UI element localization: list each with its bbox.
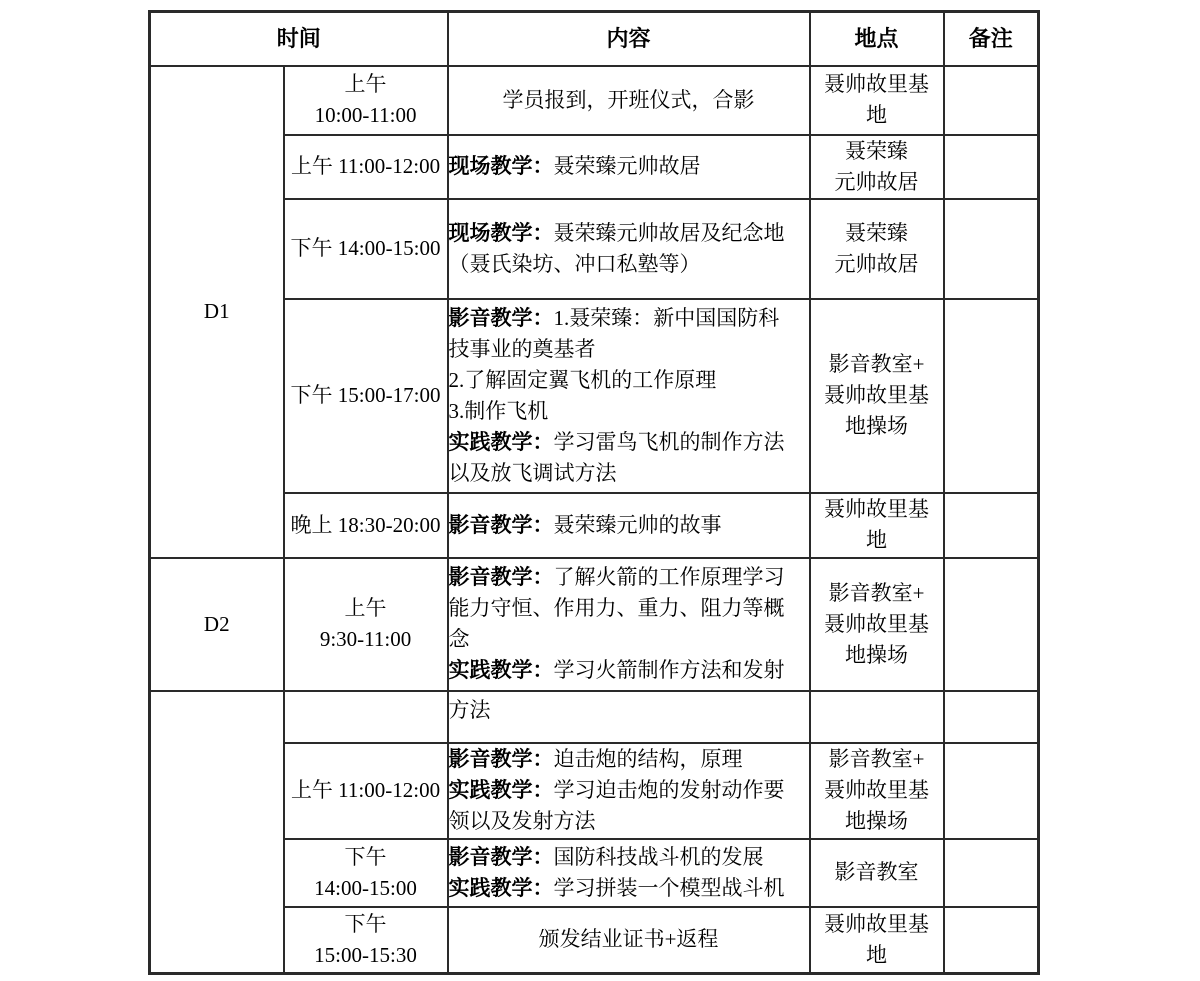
content-cell: 学员报到，开班仪式，合影 bbox=[448, 66, 810, 135]
header-time: 时间 bbox=[150, 12, 448, 66]
table-row: 上午 11:00-12:00 现场教学：聂荣臻元帅故居 聂荣臻 元帅故居 bbox=[150, 135, 1039, 199]
note-cell bbox=[944, 558, 1039, 691]
location-cell: 影音教室+ 聂帅故里基 地操场 bbox=[810, 558, 944, 691]
time-cell: 上午 11:00-12:00 bbox=[284, 135, 448, 199]
teaching-type-label: 影音教学： bbox=[449, 306, 554, 330]
location-cell: 影音教室+ 聂帅故里基 地操场 bbox=[810, 743, 944, 839]
content-cell: 方法 bbox=[448, 691, 810, 743]
time-cell bbox=[284, 691, 448, 743]
teaching-type-label: 影音教学： bbox=[449, 565, 554, 589]
content-text: 学习拼装一个模型战斗机 bbox=[554, 876, 785, 900]
time-cell: 下午 14:00-15:00 bbox=[284, 199, 448, 299]
location-cell: 聂帅故里基 地 bbox=[810, 66, 944, 135]
note-cell bbox=[944, 691, 1039, 743]
time-cell: 上午 9:30-11:00 bbox=[284, 558, 448, 691]
content-text: 国防科技战斗机的发展 bbox=[554, 845, 764, 869]
content-text: 迫击炮的结构，原理 bbox=[554, 747, 743, 771]
content-cell: 影音教学：聂荣臻元帅的故事 bbox=[448, 493, 810, 558]
time-cell: 上午 10:00-11:00 bbox=[284, 66, 448, 135]
content-cell: 影音教学：了解火箭的工作原理学习 能力守恒、作用力、重力、阻力等概 念 实践教学… bbox=[448, 558, 810, 691]
header-content: 内容 bbox=[448, 12, 810, 66]
time-cell: 下午 15:00-15:30 bbox=[284, 907, 448, 974]
teaching-type-label: 影音教学： bbox=[449, 513, 554, 537]
day-cell-empty bbox=[150, 691, 284, 974]
table-row: 下午 15:00-17:00 影音教学：1.聂荣臻：新中国国防科 技事业的奠基者… bbox=[150, 299, 1039, 493]
location-cell: 聂荣臻 元帅故居 bbox=[810, 135, 944, 199]
teaching-type-label: 影音教学： bbox=[449, 845, 554, 869]
header-row: 时间 内容 地点 备注 bbox=[150, 12, 1039, 66]
note-cell bbox=[944, 839, 1039, 907]
table-row: 晚上 18:30-20:00 影音教学：聂荣臻元帅的故事 聂帅故里基 地 bbox=[150, 493, 1039, 558]
teaching-type-label: 现场教学： bbox=[449, 154, 554, 178]
location-cell: 聂帅故里基 地 bbox=[810, 907, 944, 974]
content-cell: 颁发结业证书+返程 bbox=[448, 907, 810, 974]
content-cell: 影音教学：1.聂荣臻：新中国国防科 技事业的奠基者 2.了解固定翼飞机的工作原理… bbox=[448, 299, 810, 493]
schedule-table: 时间 内容 地点 备注 D1 上午 10:00-11:00 学员报到，开班仪式，… bbox=[148, 10, 1040, 975]
teaching-type-label: 实践教学： bbox=[449, 430, 554, 454]
teaching-type-label: 影音教学： bbox=[449, 747, 554, 771]
note-cell bbox=[944, 135, 1039, 199]
location-cell: 影音教室+ 聂帅故里基 地操场 bbox=[810, 299, 944, 493]
teaching-type-label: 实践教学： bbox=[449, 876, 554, 900]
note-cell bbox=[944, 66, 1039, 135]
time-cell: 上午 11:00-12:00 bbox=[284, 743, 448, 839]
content-text: 学习火箭制作方法和发射 bbox=[554, 658, 785, 682]
table-row: 下午 14:00-15:00 影音教学：国防科技战斗机的发展 实践教学：学习拼装… bbox=[150, 839, 1039, 907]
day-cell-d2: D2 bbox=[150, 558, 284, 691]
time-cell: 晚上 18:30-20:00 bbox=[284, 493, 448, 558]
note-cell bbox=[944, 907, 1039, 974]
time-cell: 下午 15:00-17:00 bbox=[284, 299, 448, 493]
teaching-type-label: 实践教学： bbox=[449, 778, 554, 802]
content-cell: 现场教学：聂荣臻元帅故居 bbox=[448, 135, 810, 199]
day-cell-d1: D1 bbox=[150, 66, 284, 558]
table-row: D1 上午 10:00-11:00 学员报到，开班仪式，合影 聂帅故里基 地 bbox=[150, 66, 1039, 135]
content-cell: 影音教学：国防科技战斗机的发展 实践教学：学习拼装一个模型战斗机 bbox=[448, 839, 810, 907]
note-cell bbox=[944, 743, 1039, 839]
time-cell: 下午 14:00-15:00 bbox=[284, 839, 448, 907]
table-row: 下午 15:00-15:30 颁发结业证书+返程 聂帅故里基 地 bbox=[150, 907, 1039, 974]
location-cell bbox=[810, 691, 944, 743]
table-row: 下午 14:00-15:00 现场教学：聂荣臻元帅故居及纪念地 （聂氏染坊、冲口… bbox=[150, 199, 1039, 299]
header-location: 地点 bbox=[810, 12, 944, 66]
location-cell: 影音教室 bbox=[810, 839, 944, 907]
note-cell bbox=[944, 493, 1039, 558]
content-cell: 现场教学：聂荣臻元帅故居及纪念地 （聂氏染坊、冲口私塾等） bbox=[448, 199, 810, 299]
note-cell bbox=[944, 299, 1039, 493]
teaching-type-label: 实践教学： bbox=[449, 658, 554, 682]
table-row: D2 上午 9:30-11:00 影音教学：了解火箭的工作原理学习 能力守恒、作… bbox=[150, 558, 1039, 691]
table-row: 上午 11:00-12:00 影音教学：迫击炮的结构，原理 实践教学：学习迫击炮… bbox=[150, 743, 1039, 839]
content-text: 聂荣臻元帅的故事 bbox=[554, 513, 722, 537]
table-row: 方法 bbox=[150, 691, 1039, 743]
note-cell bbox=[944, 199, 1039, 299]
location-cell: 聂荣臻 元帅故居 bbox=[810, 199, 944, 299]
teaching-type-label: 现场教学： bbox=[449, 221, 554, 245]
document-page: 时间 内容 地点 备注 D1 上午 10:00-11:00 学员报到，开班仪式，… bbox=[0, 0, 1200, 981]
location-cell: 聂帅故里基 地 bbox=[810, 493, 944, 558]
content-text: 聂荣臻元帅故居 bbox=[554, 154, 701, 178]
content-cell: 影音教学：迫击炮的结构，原理 实践教学：学习迫击炮的发射动作要 领以及发射方法 bbox=[448, 743, 810, 839]
header-note: 备注 bbox=[944, 12, 1039, 66]
